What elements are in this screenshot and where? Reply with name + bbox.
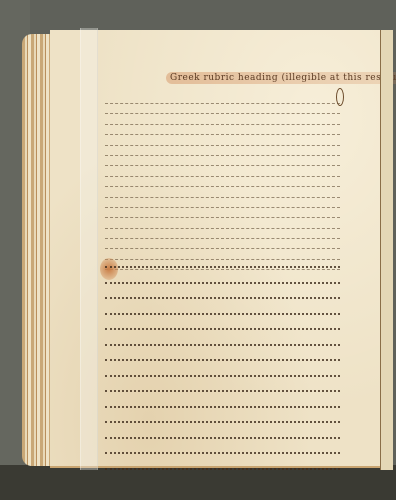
heading-line: Greek rubric heading (illegible at this … xyxy=(160,68,340,88)
marginal-mark-icon xyxy=(336,88,344,106)
adjacent-page xyxy=(380,30,393,470)
rubric-heading: Greek rubric heading (illegible at this … xyxy=(166,72,396,84)
lower-text-block xyxy=(105,266,340,483)
upper-text-block xyxy=(105,103,340,280)
conservation-tape xyxy=(80,28,98,470)
